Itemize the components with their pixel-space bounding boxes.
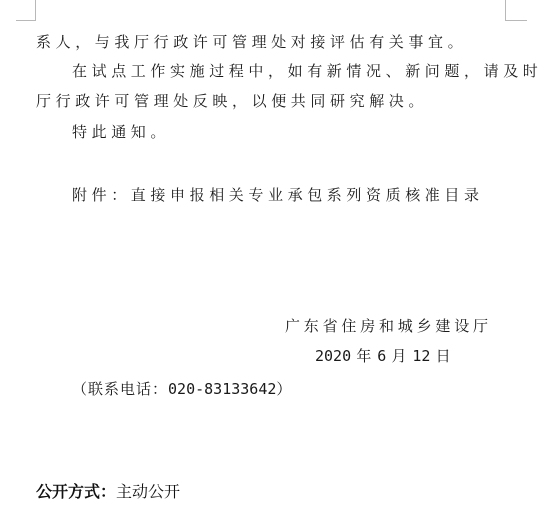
paragraph-pilot-work: 在试点工作实施过程中，如有新情况、新问题，请及时向我 bbox=[72, 61, 542, 81]
notice-closing: 特此通知。 bbox=[72, 122, 170, 142]
signature-date: 2020 年 6 月 12 日 bbox=[315, 346, 451, 366]
contact-suffix: ） bbox=[276, 380, 292, 398]
page-corner-mark-top-right bbox=[505, 0, 527, 21]
disclosure-value: 主动公开 bbox=[116, 482, 180, 501]
date-day-unit: 日 bbox=[436, 347, 452, 365]
signature-organization: 广东省住房和城乡建设厅 bbox=[285, 316, 492, 336]
attachment-line: 附件：直接申报相关专业承包系列资质核准目录 bbox=[72, 185, 484, 205]
date-month-unit: 月 bbox=[392, 347, 408, 365]
date-day: 12 bbox=[412, 347, 430, 365]
date-year-unit: 年 bbox=[356, 347, 372, 365]
contact-phone: 020-83133642 bbox=[168, 380, 276, 398]
contact-prefix: （联系电话： bbox=[72, 380, 168, 398]
paragraph-continuation: 系人，与我厅行政许可管理处对接评估有关事宜。 bbox=[36, 32, 467, 52]
paragraph-pilot-work-continued: 厅行政许可管理处反映，以便共同研究解决。 bbox=[36, 91, 428, 111]
date-year: 2020 bbox=[315, 347, 351, 365]
contact-line: （联系电话：020-83133642） bbox=[72, 379, 292, 399]
date-month: 6 bbox=[377, 347, 386, 365]
disclosure-line: 公开方式：主动公开 bbox=[36, 479, 180, 502]
disclosure-label: 公开方式： bbox=[36, 482, 116, 501]
page-corner-mark-top-left bbox=[16, 0, 36, 21]
